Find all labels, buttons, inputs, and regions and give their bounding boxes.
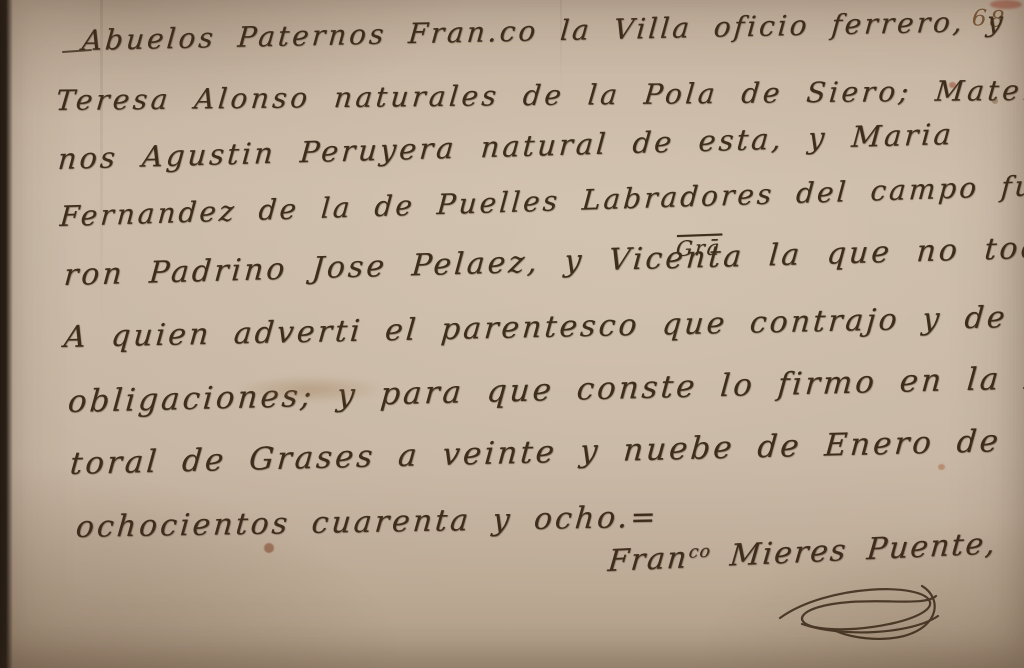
signature-name-prefix: Fran xyxy=(606,540,690,579)
signature-superscript: co xyxy=(688,542,712,563)
manuscript-line-8: toral de Grases a veinte y nuebe de Ener… xyxy=(69,421,1024,482)
signature-name-rest: Mieres Puente, xyxy=(709,526,999,574)
manuscript-line-1: Abuelos Paternos Fran.co la Villa oficio… xyxy=(81,3,1024,57)
manuscript-line-2: Teresa Alonso naturales de la Pola de Si… xyxy=(54,74,1024,117)
signature-text: Franco Mieres Puente, xyxy=(606,526,998,579)
manuscript-line-6: A quien adverti el parentesco que contra… xyxy=(63,298,1024,355)
small-stain xyxy=(938,464,945,470)
manuscript-line-9: ochocientos cuarenta y ocho.= xyxy=(74,500,660,545)
manuscript-line-3: nos Agustin Peruyera natural de esta, y … xyxy=(57,117,956,176)
brown-dot-stain xyxy=(264,543,274,553)
manuscript-line-5: ron Padrino Jose Pelaez, y Vicenta la qu… xyxy=(63,230,1024,293)
manuscript-line-4: Fernandez de la de Puelles Labradores de… xyxy=(59,169,1024,233)
manuscript-line-7: obligaciones; y para que conste lo firmo… xyxy=(67,359,1024,420)
page-gutter-shadow xyxy=(0,0,13,668)
signature-rubric-flourish-icon xyxy=(772,576,947,651)
manuscript-photo: 68 Abuelos Paternos Fran.co la Villa ofi… xyxy=(0,0,1024,668)
